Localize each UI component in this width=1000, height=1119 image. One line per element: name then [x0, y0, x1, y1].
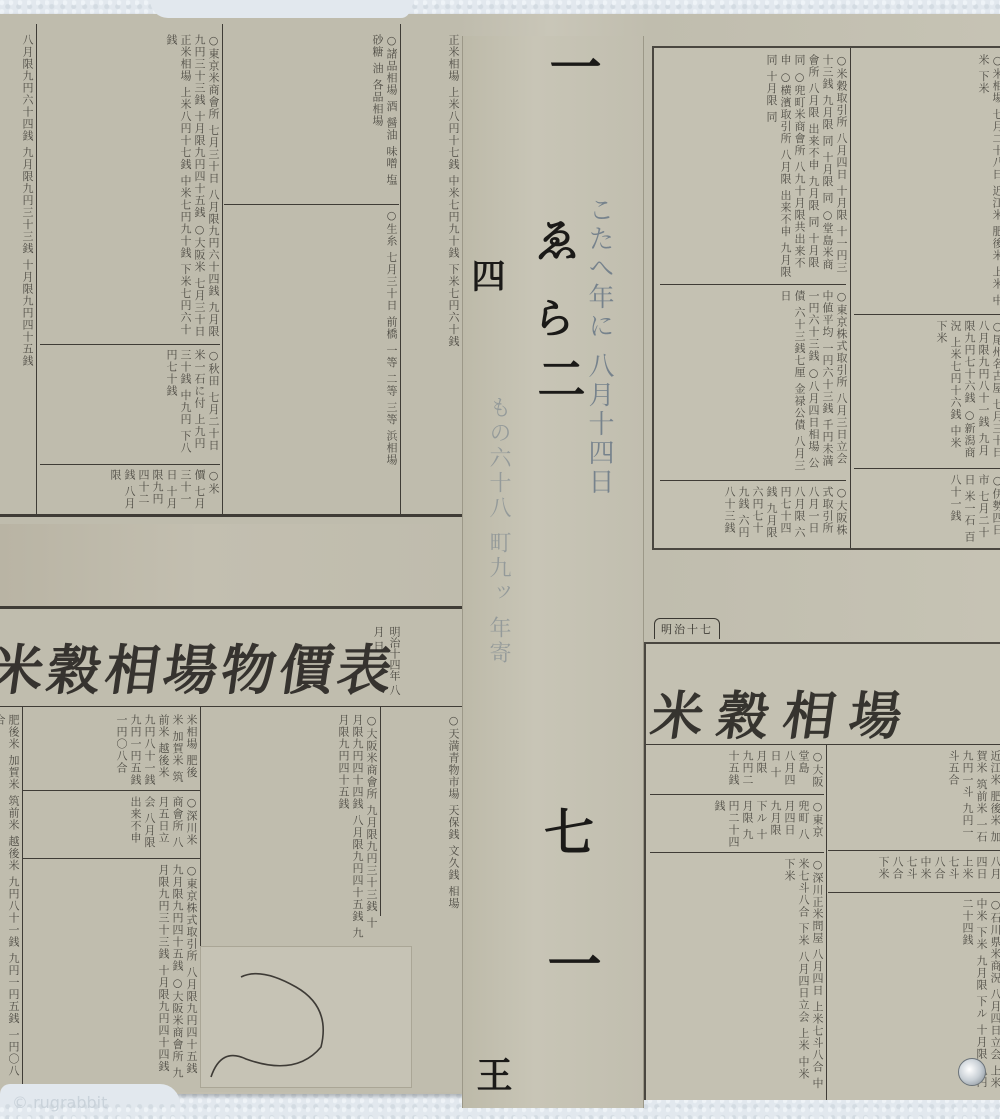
- pencil-note: もの六十八 町九ッ 年寄: [483, 396, 514, 716]
- section-heading: ○八月四日相場: [807, 367, 820, 453]
- section-rule: [40, 464, 220, 465]
- section-rule: [854, 314, 1000, 315]
- bottom-right-sheet: 米穀相場 ○大阪堂島 八月四日 十月限 九円二十五銭 ○東京兜町 八月四日 九月…: [644, 642, 1000, 1100]
- section-body: 八月四日 上米七斗八合 中米七斗八合 下米: [877, 856, 1000, 880]
- section-heading: ○大阪米商會所: [171, 977, 184, 1063]
- section-heading: ○諸品相場: [385, 34, 398, 96]
- brush-note: 王: [467, 1056, 518, 1092]
- market-report-text: ○天満青物市場 天保銭 文久銭 相場: [384, 714, 460, 914]
- market-report-text: ○米 價 七月三十一日 十月限九円四十二銭 八月限: [40, 469, 220, 511]
- brush-note: 一: [533, 40, 608, 92]
- sheet-border: [0, 514, 462, 517]
- section-rule: [22, 790, 200, 791]
- section-heading: ○東京米商會所 七月三十日: [207, 34, 220, 185]
- section-heading: 米相場: [185, 714, 198, 750]
- section-heading: ○大阪米商會所: [365, 714, 378, 800]
- column-rule: [222, 24, 223, 514]
- watermark: © rugrabbit: [12, 1093, 107, 1112]
- section-body: 前橋 一等 二等 三等 浜相場: [385, 316, 398, 466]
- pencil-loop-icon: [201, 947, 411, 1087]
- section-rule: [22, 858, 200, 859]
- section-heading: ○大阪株式取引所 八月一日: [807, 486, 848, 536]
- column-rule: [380, 706, 381, 916]
- section-heading: ○米穀取引所 八月四日: [835, 54, 848, 181]
- section-stamp: 明治十七: [654, 618, 720, 639]
- section-heading: ○東京株式取引所: [185, 864, 198, 962]
- market-report-text: ○尾州名古屋 七月三十日 八月限九円八十一銭 九月限九円七十六銭 ○新潟商況 上…: [854, 320, 1000, 464]
- section-body: 米一石に付 上九円三十銭 中九円 下八円七十銭: [165, 349, 206, 454]
- column-rule: [22, 706, 23, 1086]
- section-heading: ○石川県米商況: [989, 898, 1000, 984]
- section-body: 八月限九円六十四銭 九月限九円三十三銭 十月限九円四十五銭: [21, 34, 34, 367]
- market-report-text: 米相場 肥後米 加賀米 筑前米 越後米 九円八十一銭 九円一円五銭 一円〇八合: [26, 714, 198, 786]
- market-report-text: ○大阪株式取引所 八月一日 八月限 六円七十四銭 九月限 六円七十九銭 六円八十…: [660, 486, 848, 544]
- section-rule: [828, 850, 1000, 851]
- section-rule: [828, 892, 1000, 893]
- section-rule: [650, 794, 824, 795]
- market-report-text: ○伊勢四日市 七月二十日 米一石 百八十一銭: [854, 474, 1000, 544]
- section-heading: ○米相場 七月二十八日: [991, 54, 1000, 181]
- column-rule: [850, 48, 851, 548]
- column-rule: [200, 706, 201, 946]
- section-rule: [40, 344, 220, 345]
- market-report-text: 正米相場 上米八円十七銭 中米七円九十銭 下米七円六十銭: [404, 34, 460, 509]
- pushpin-icon: [958, 1058, 986, 1086]
- section-heading: ○大阪米 七月三十日: [193, 223, 206, 338]
- brush-note: 一: [533, 936, 610, 990]
- blank-patch: [200, 946, 412, 1088]
- sheet-border: [0, 606, 462, 609]
- market-report-text: ○深川正米問屋 八月四日 上米七斗八合 中米七斗八合 下米 八月四日立会 上米 …: [652, 858, 824, 1094]
- column-rule: [36, 24, 37, 514]
- brush-note: ら: [521, 296, 581, 338]
- headline-rule: [646, 744, 1000, 745]
- section-heading: ○東京株式取引所: [835, 290, 848, 388]
- column-rule: [826, 744, 827, 1100]
- market-report-text: ○深川米商會所 八月五日立会 八月限 出来不申: [26, 796, 198, 854]
- market-report-text: 肥後米 加賀米 筑前米 越後米 九円八十一銭 九円一円五銭 一円〇八合: [0, 714, 20, 1084]
- market-report-text: ○東京米商會所 七月三十日 八月限九円六十四銭 九月限九円三十三銭 十月限九円四…: [40, 34, 220, 339]
- section-body: 八月限 六円七十四銭 九月限 六円七十九銭 六円八十三銭: [723, 486, 806, 539]
- newspaper-collage: ○東京米商會所 七月三十日 八月限九円六十四銭 九月限九円三十三銭 十月限九円四…: [0, 14, 1000, 1094]
- section-body: 正米相場 上米八円十七銭 中米七円九十銭 下米七円六十銭: [447, 34, 460, 348]
- section-heading: ○天満青物市場: [447, 714, 460, 800]
- top-left-sheet: ○東京米商會所 七月三十日 八月限九円六十四銭 九月限九円三十三銭 十月限九円四…: [0, 14, 462, 524]
- section-rule: [224, 204, 399, 205]
- section-rule: [650, 852, 824, 853]
- handwritten-strip: 一 四 ゑ ら 二 七 一 王 こたへ年に 八月十四日 もの六十八 町九ッ 年寄: [462, 36, 644, 1108]
- section-heading: 近江米: [989, 750, 1000, 786]
- section-rule: [854, 468, 1000, 469]
- market-report-text: ○諸品相場 酒 醤油 味噌 塩 砂糖 油 各品相場: [226, 34, 398, 199]
- section-heading: ○兜町米商會所: [793, 71, 806, 157]
- market-report-text: 八月限九円六十四銭 九月限九円三十三銭 十月限九円四十五銭: [0, 34, 34, 509]
- market-report-text: ○米相場 七月二十八日 近江米 肥後米 上米 中米 下米: [854, 54, 1000, 310]
- market-report-text: ○大阪米商會所 九月限九円三十三銭 十月限九円四十四銭 八月限九円四十五銭 九月…: [204, 714, 378, 939]
- market-report-text: 八月四日 上米七斗八合 中米七斗八合 下米: [830, 856, 1000, 888]
- section-heading: ○尾州名古屋 七月三十日: [991, 320, 1000, 459]
- masthead-headline: 米穀相場物價表: [0, 628, 401, 705]
- headline-rule: [0, 706, 462, 707]
- market-report-text: ○東京兜町 八月四日 九月限 下ル 十月限 九円二十四銭: [652, 800, 824, 848]
- market-report-text: ○米穀取引所 八月四日 十月限 十一円三十三銭 九月限 同 十月限 同 ○堂島米…: [660, 54, 848, 280]
- section-body: 天保銭 文久銭 相場: [447, 805, 460, 910]
- section-rule: [660, 480, 846, 481]
- section-heading: ○横濱取引所: [779, 71, 792, 145]
- market-report-text: ○東京株式取引所 八月限九円四十五銭 九月限九円四十五銭 ○大阪米商會所 九月限…: [26, 864, 198, 1084]
- masthead-headline: 米穀相場: [647, 674, 922, 749]
- section-body: 九月限 下ル 十月限 九円二十四銭: [713, 800, 782, 848]
- section-heading: ○深川正米問屋: [811, 858, 824, 944]
- date-era: 明治十四年: [388, 626, 401, 681]
- issue-date: 明治十四年 八月 日: [370, 626, 402, 704]
- date-day: 日: [372, 641, 385, 652]
- section-heading: ○生糸 七月三十日: [385, 209, 398, 312]
- market-report-text: ○大阪堂島 八月四日 十月限 九円二十五銭: [652, 750, 824, 790]
- bottom-left-sheet: 米穀相場物價表 明治十四年 八月 日 米相場 肥後米 加賀米 筑前米 越後米 九…: [0, 606, 462, 1092]
- pencil-note: こたへ年に 八月十四日: [581, 196, 618, 716]
- brush-note: 四: [461, 258, 510, 292]
- section-body: 肥後米 加賀米 筑前米 越後米 九円八十一銭 九円一円五銭 一円〇八合: [0, 714, 20, 1077]
- market-report-text: ○生糸 七月三十日 前橋 一等 二等 三等 浜相場: [226, 209, 398, 509]
- top-right-sheet: ○米穀取引所 八月四日 十月限 十一円三十三銭 九月限 同 十月限 同 ○堂島米…: [652, 46, 1000, 550]
- section-heading: ○東京兜町 八月四日: [783, 800, 824, 841]
- section-heading: ○秋田 七月二十日: [207, 349, 220, 452]
- section-body: 上米七円十六銭 中米 下米: [935, 320, 962, 449]
- market-report-text: 近江米 肥後米 加賀米 筑前米 一石 九円一斗 九円一斗五合: [830, 750, 1000, 846]
- section-rule: [660, 284, 846, 285]
- section-body: 正米相場 上米八円十七銭 中米七円九十銭 下米七円六十銭: [165, 34, 192, 336]
- market-report-text: ○東京株式取引所 八月三日立会 中値平均 一円六十三銭 千円未満 一円六十三銭 …: [660, 290, 848, 476]
- torn-edge: [150, 0, 410, 18]
- market-report-text: ○秋田 七月二十日 米一石に付 上九円三十銭 中九円 下八円七十銭: [40, 349, 220, 459]
- brush-note: ゑ: [521, 216, 587, 262]
- brush-note: 七: [529, 806, 601, 856]
- column-rule: [400, 24, 401, 514]
